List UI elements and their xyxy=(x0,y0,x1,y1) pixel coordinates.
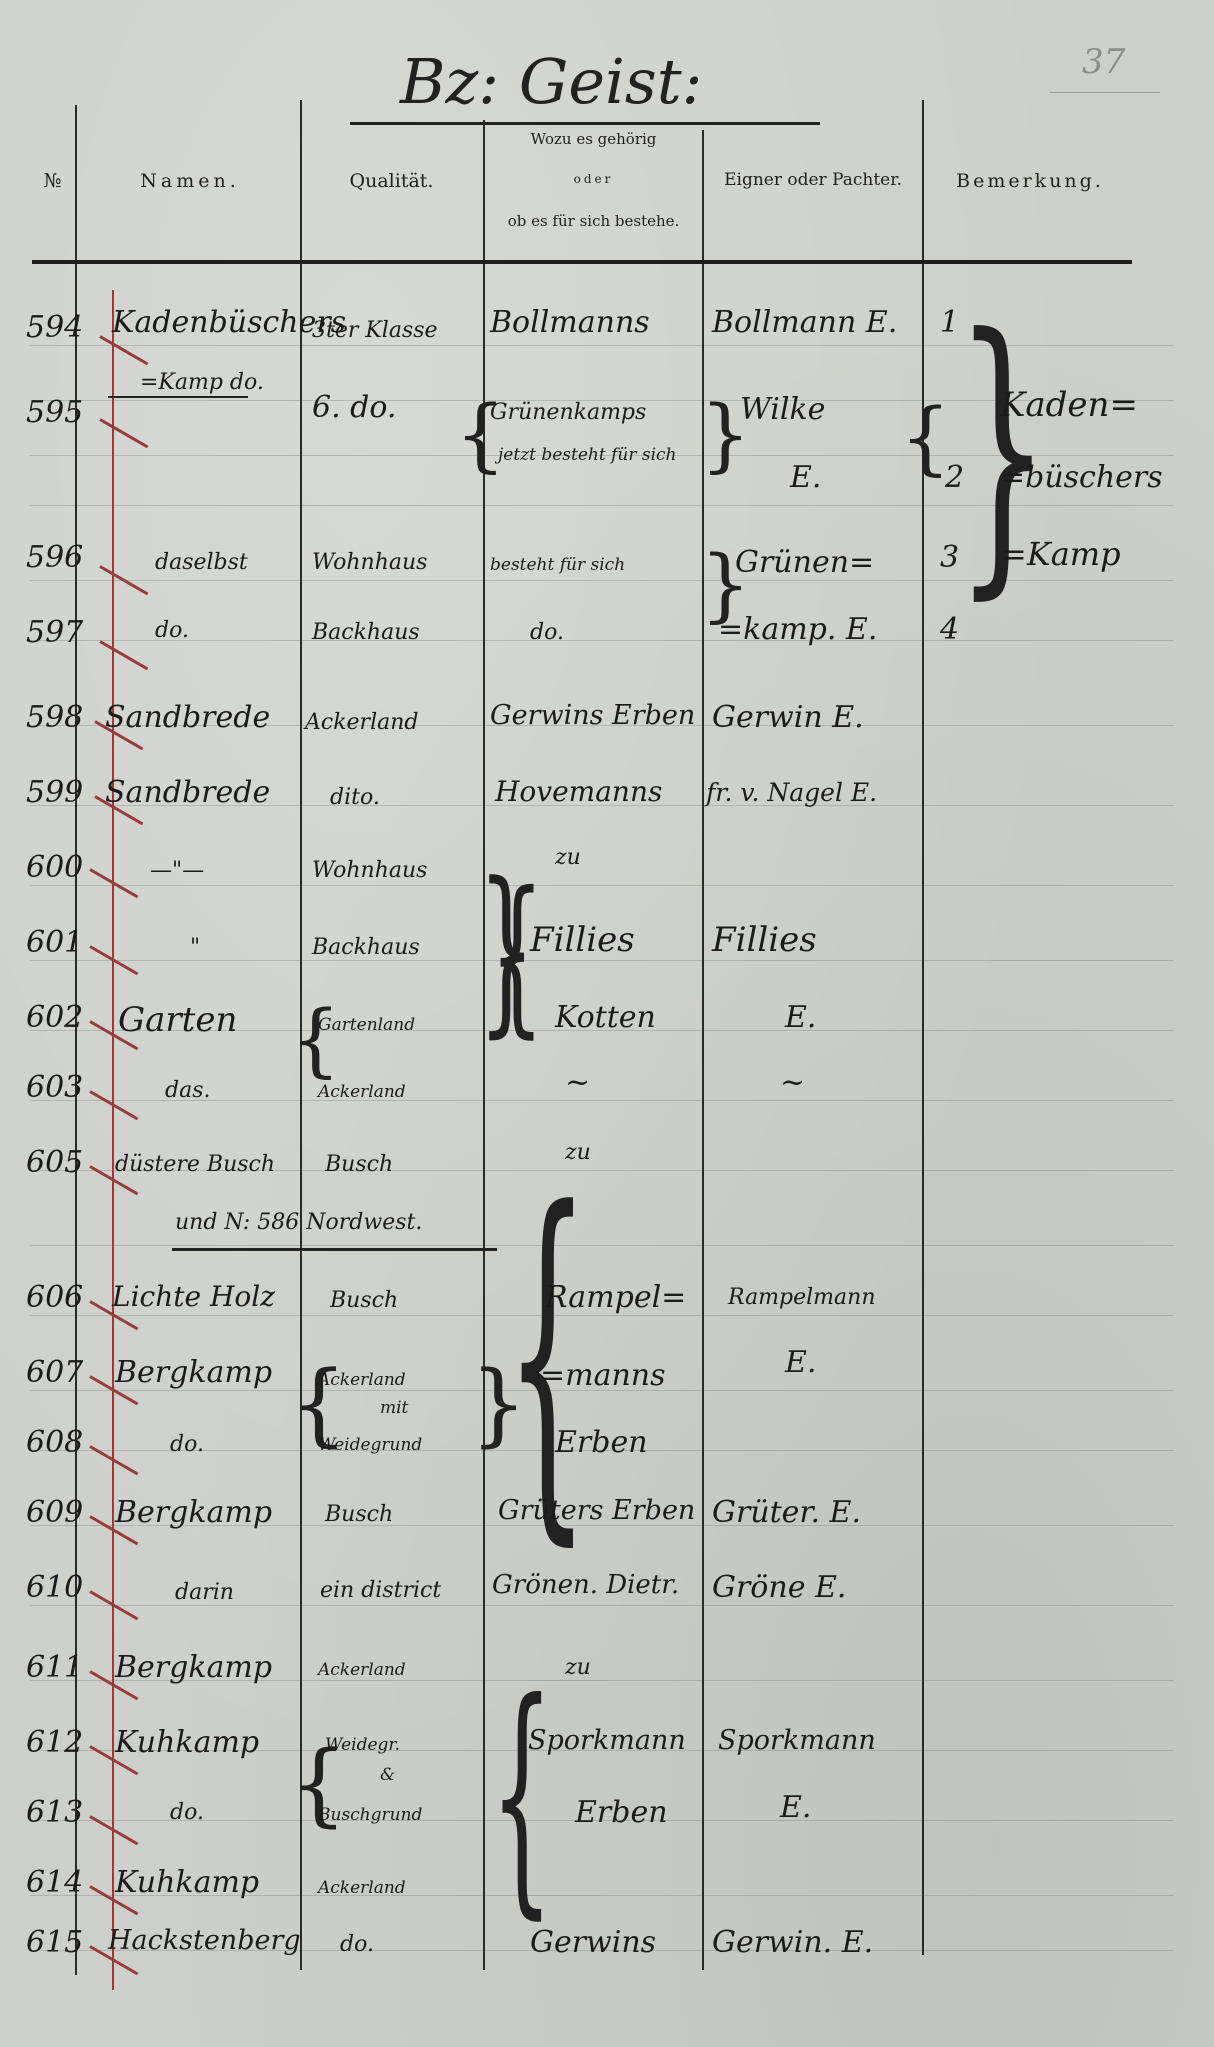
cell-name: Kuhkamp xyxy=(115,1865,259,1900)
row-number: 597 xyxy=(26,615,83,650)
cell-wozu: =manns xyxy=(540,1358,666,1393)
name-underline xyxy=(172,1248,497,1251)
cell-wozu: ~ xyxy=(565,1065,590,1100)
cell-wozu: Kotten xyxy=(555,1000,656,1035)
cell-eigner-2: E. xyxy=(790,460,821,495)
row-number: 612 xyxy=(26,1725,83,1760)
row-number: 610 xyxy=(26,1570,83,1605)
row-number: 601 xyxy=(26,925,83,960)
cell-eigner: Gerwin. E. xyxy=(712,1925,873,1960)
cell-name-2: und N: 586 Nordwest. xyxy=(175,1210,422,1235)
cell-eigner: Fillies xyxy=(712,920,817,960)
row-number: 609 xyxy=(26,1495,83,1530)
header-wozu-line1: Wozu es gehörig xyxy=(485,130,702,148)
header-namen: Namen. xyxy=(80,170,300,192)
cell-qualitaet: Backhaus xyxy=(312,620,420,645)
cell-name: Bergkamp xyxy=(115,1495,272,1530)
cell-name: Bergkamp xyxy=(115,1650,272,1685)
column-divider-no xyxy=(75,105,77,1975)
ruled-line xyxy=(30,1245,1174,1246)
cell-wozu: Grünenkamps xyxy=(490,400,646,425)
cell-wozu: Fillies xyxy=(530,920,635,960)
cell-name: Hackstenberg xyxy=(108,1925,301,1956)
cell-name: Bergkamp xyxy=(115,1355,272,1390)
row-number: 607 xyxy=(26,1355,83,1390)
row-number: 594 xyxy=(26,310,83,345)
cell-eigner: E. xyxy=(785,1000,816,1035)
cell-name: Kuhkamp xyxy=(115,1725,259,1760)
brace-left: { xyxy=(900,398,951,478)
cell-qualitaet: Busch xyxy=(325,1152,393,1177)
cell-wozu: Erben xyxy=(575,1795,668,1830)
header-rule xyxy=(32,260,1132,264)
header-wozu-line2: oder xyxy=(485,172,702,186)
page-title: Bz: Geist: xyxy=(400,45,703,118)
cell-wozu: Hovemanns xyxy=(495,775,662,808)
cell-qualitaet: Ackerland xyxy=(305,710,418,735)
cell-eigner: Sporkmann xyxy=(718,1725,876,1756)
cell-eigner: =kamp. E. xyxy=(718,612,877,647)
ruled-line xyxy=(30,640,1174,641)
row-number: 596 xyxy=(26,540,83,575)
cell-qualitaet: Ackerland xyxy=(318,1370,406,1390)
cell-qualitaet: Wohnhaus xyxy=(312,550,427,575)
row-number: 614 xyxy=(26,1865,83,1900)
cell-name: do. xyxy=(170,1432,204,1457)
cell-eigner: Wilke xyxy=(740,392,825,427)
row-number: 603 xyxy=(26,1070,83,1105)
bemerkung-note-line3: =Kamp xyxy=(1000,535,1121,573)
cell-wozu: Grönen. Dietr. xyxy=(492,1570,679,1600)
ledger-page: Bz: Geist: 37 № Namen. Qualität. Wozu es… xyxy=(0,0,1214,2047)
brace-left: { xyxy=(490,1670,554,1920)
cell-qualitaet-2: & xyxy=(380,1765,395,1785)
row-number: 595 xyxy=(26,395,83,430)
header-wozu-line3: ob es für sich bestehe. xyxy=(485,212,702,230)
cell-qualitaet: Weidegrund xyxy=(318,1435,422,1455)
cell-eigner: Grüter. E. xyxy=(712,1495,861,1530)
red-strike xyxy=(99,418,148,448)
cell-name: do. xyxy=(155,618,189,643)
header-bemerkung: Bemerkung. xyxy=(925,170,1135,192)
cell-eigner: E. xyxy=(785,1345,816,1380)
row-number: 615 xyxy=(26,1925,83,1960)
ruled-line xyxy=(30,1315,1174,1316)
page-number-line xyxy=(1050,92,1160,93)
cell-eigner: Gerwin E. xyxy=(712,700,864,735)
cell-wozu: Gerwins Erben xyxy=(490,700,695,731)
cell-wozu: zu xyxy=(565,1655,591,1680)
cell-qualitaet: Gartenland xyxy=(318,1015,415,1035)
cell-name: daselbst xyxy=(155,550,248,575)
cell-name: —"— xyxy=(150,858,204,883)
cell-qualitaet: ein district xyxy=(320,1578,441,1603)
cell-qualitaet: 6. do. xyxy=(312,390,396,425)
row-number: 599 xyxy=(26,775,83,810)
cell-wozu-2: jetzt besteht für sich xyxy=(498,445,677,465)
cell-eigner: ~ xyxy=(780,1065,805,1100)
cell-eigner: Grünen= xyxy=(735,545,874,580)
cell-wozu: do. xyxy=(530,620,564,645)
row-number: 606 xyxy=(26,1280,83,1315)
cell-name: =Kamp do. xyxy=(140,370,264,395)
row-number: 613 xyxy=(26,1795,83,1830)
cell-name: Sandbrede xyxy=(105,700,270,735)
cell-name: Lichte Holz xyxy=(112,1280,275,1313)
row-number: 602 xyxy=(26,1000,83,1035)
red-strike xyxy=(99,640,148,670)
cell-eigner: fr. v. Nagel E. xyxy=(706,778,877,807)
cell-wozu: besteht für sich xyxy=(490,555,625,575)
row-number: 605 xyxy=(26,1145,83,1180)
ruled-line xyxy=(30,1605,1174,1606)
row-number: 598 xyxy=(26,700,83,735)
header-eigner: Eigner oder Pachter. xyxy=(704,170,922,190)
cell-eigner: Gröne E. xyxy=(712,1570,846,1605)
cell-qualitaet-2: mit xyxy=(380,1398,408,1418)
cell-wozu: Erben xyxy=(555,1425,648,1460)
page-number: 37 xyxy=(1082,42,1125,82)
cell-qualitaet: Ackerland xyxy=(318,1082,406,1102)
cell-wozu: zu xyxy=(555,845,581,870)
bemerkung-note-line2: =büschers xyxy=(1000,460,1163,495)
cell-wozu: Gerwins xyxy=(530,1925,656,1960)
cell-eigner: Rampelmann xyxy=(728,1285,876,1310)
cell-name: düstere Busch xyxy=(115,1152,275,1177)
cell-wozu: Rampel= xyxy=(545,1280,686,1315)
cell-name: Sandbrede xyxy=(105,775,270,810)
cell-qualitaet: Buschgrund xyxy=(318,1805,422,1825)
cell-qualitaet: do. xyxy=(340,1932,374,1957)
margin-red-line xyxy=(112,290,114,1990)
header-qualitaet: Qualität. xyxy=(300,170,483,192)
cell-qualitaet: Wohnhaus xyxy=(312,858,427,883)
cell-qualitaet: Ackerland xyxy=(318,1660,406,1680)
cell-qualitaet: Weidegr. xyxy=(325,1735,400,1755)
cell-qualitaet: Busch xyxy=(330,1288,398,1313)
cell-qualitaet: dito. xyxy=(330,785,380,810)
brace-right: } xyxy=(470,1360,527,1450)
cell-eigner: E. xyxy=(780,1790,811,1825)
cell-wozu: Bollmanns xyxy=(490,305,650,340)
cell-name: Kadenbüschers xyxy=(112,305,346,340)
cell-qualitaet: Ackerland xyxy=(318,1878,406,1898)
ruled-line xyxy=(30,960,1174,961)
cell-wozu: Sporkmann xyxy=(528,1725,686,1756)
cell-qualitaet: 3ter Klasse xyxy=(312,318,438,343)
cell-name: Garten xyxy=(118,1000,237,1040)
cell-name: do. xyxy=(170,1800,204,1825)
row-number: 611 xyxy=(26,1650,83,1685)
column-divider-eigner xyxy=(922,100,924,1955)
header-no: № xyxy=(30,170,75,192)
title-underline xyxy=(350,122,820,125)
cell-wozu: Grüters Erben xyxy=(498,1495,695,1526)
cell-name: das. xyxy=(165,1078,210,1103)
cell-qualitaet: Busch xyxy=(325,1502,393,1527)
row-number: 600 xyxy=(26,850,83,885)
brace-left: { xyxy=(290,1000,341,1080)
bemerkung-note-line1: Kaden= xyxy=(1000,385,1138,425)
cell-name: " xyxy=(190,935,200,960)
cell-qualitaet: Backhaus xyxy=(312,935,420,960)
row-number: 608 xyxy=(26,1425,83,1460)
name-underline xyxy=(108,396,248,398)
cell-eigner: Bollmann E. xyxy=(712,305,897,340)
cell-name: darin xyxy=(175,1580,234,1605)
ruled-line xyxy=(30,885,1174,886)
